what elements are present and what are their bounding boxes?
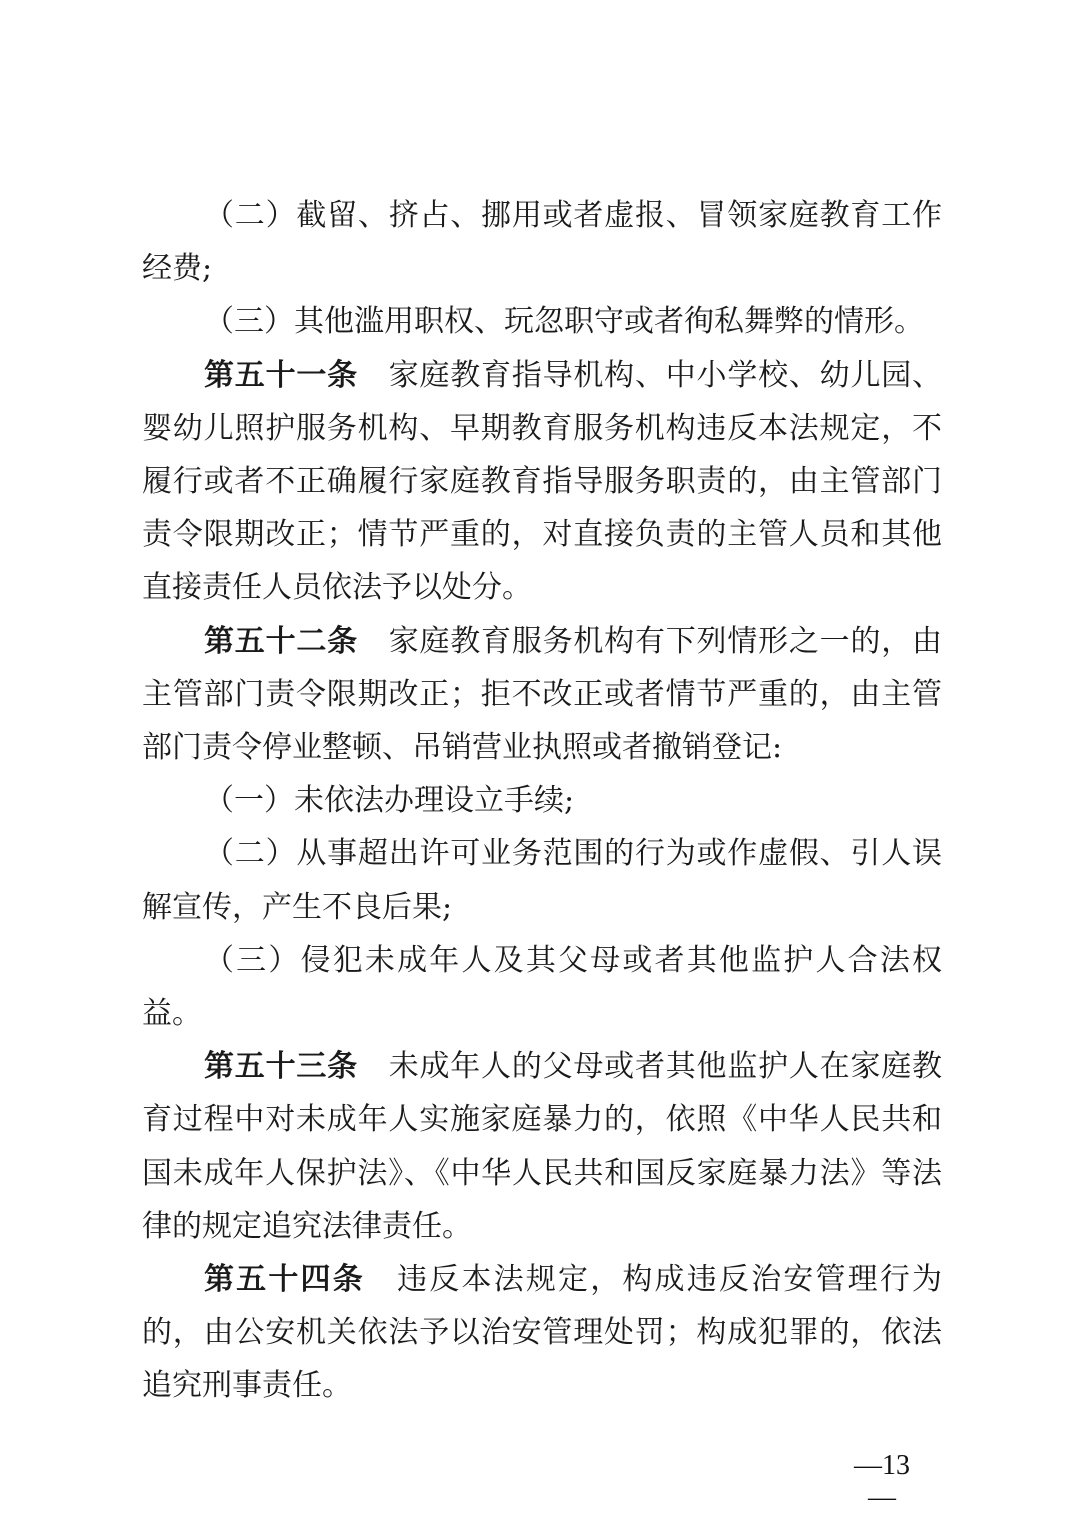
article-heading: 第五十二条 (204, 624, 358, 659)
article-53: 第五十三条未成年人的父母或者其他监护人在家庭教育过程中对未成年人实施家庭暴力的，… (142, 1040, 942, 1253)
document-body: （二）截留、挤占、挪用或者虚报、冒领家庭教育工作经费; （三）其他滥用职权、玩忽… (142, 189, 942, 1413)
list-item: （二）截留、挤占、挪用或者虚报、冒领家庭教育工作经费; (142, 189, 942, 295)
article-heading: 第五十三条 (204, 1049, 358, 1084)
page-number: —13— (842, 1450, 922, 1514)
article-54: 第五十四条违反本法规定，构成违反治安管理行为的，由公安机关依法予以治安管理处罚；… (142, 1253, 942, 1413)
list-item: （三）侵犯未成年人及其父母或者其他监护人合法权益。 (142, 934, 942, 1040)
list-item: （一）未依法办理设立手续; (142, 774, 942, 827)
article-51: 第五十一条家庭教育指导机构、中小学校、幼儿园、婴幼儿照护服务机构、早期教育服务机… (142, 349, 942, 615)
list-item: （三）其他滥用职权、玩忽职守或者徇私舞弊的情形。 (142, 295, 942, 348)
article-52: 第五十二条家庭教育服务机构有下列情形之一的，由主管部门责令限期改正；拒不改正或者… (142, 615, 942, 775)
article-heading: 第五十一条 (204, 358, 358, 393)
article-heading: 第五十四条 (204, 1262, 365, 1297)
list-item: （二）从事超出许可业务范围的行为或作虚假、引人误解宣传，产生不良后果; (142, 827, 942, 933)
article-text: 家庭教育指导机构、中小学校、幼儿园、婴幼儿照护服务机构、早期教育服务机构违反本法… (142, 358, 942, 606)
